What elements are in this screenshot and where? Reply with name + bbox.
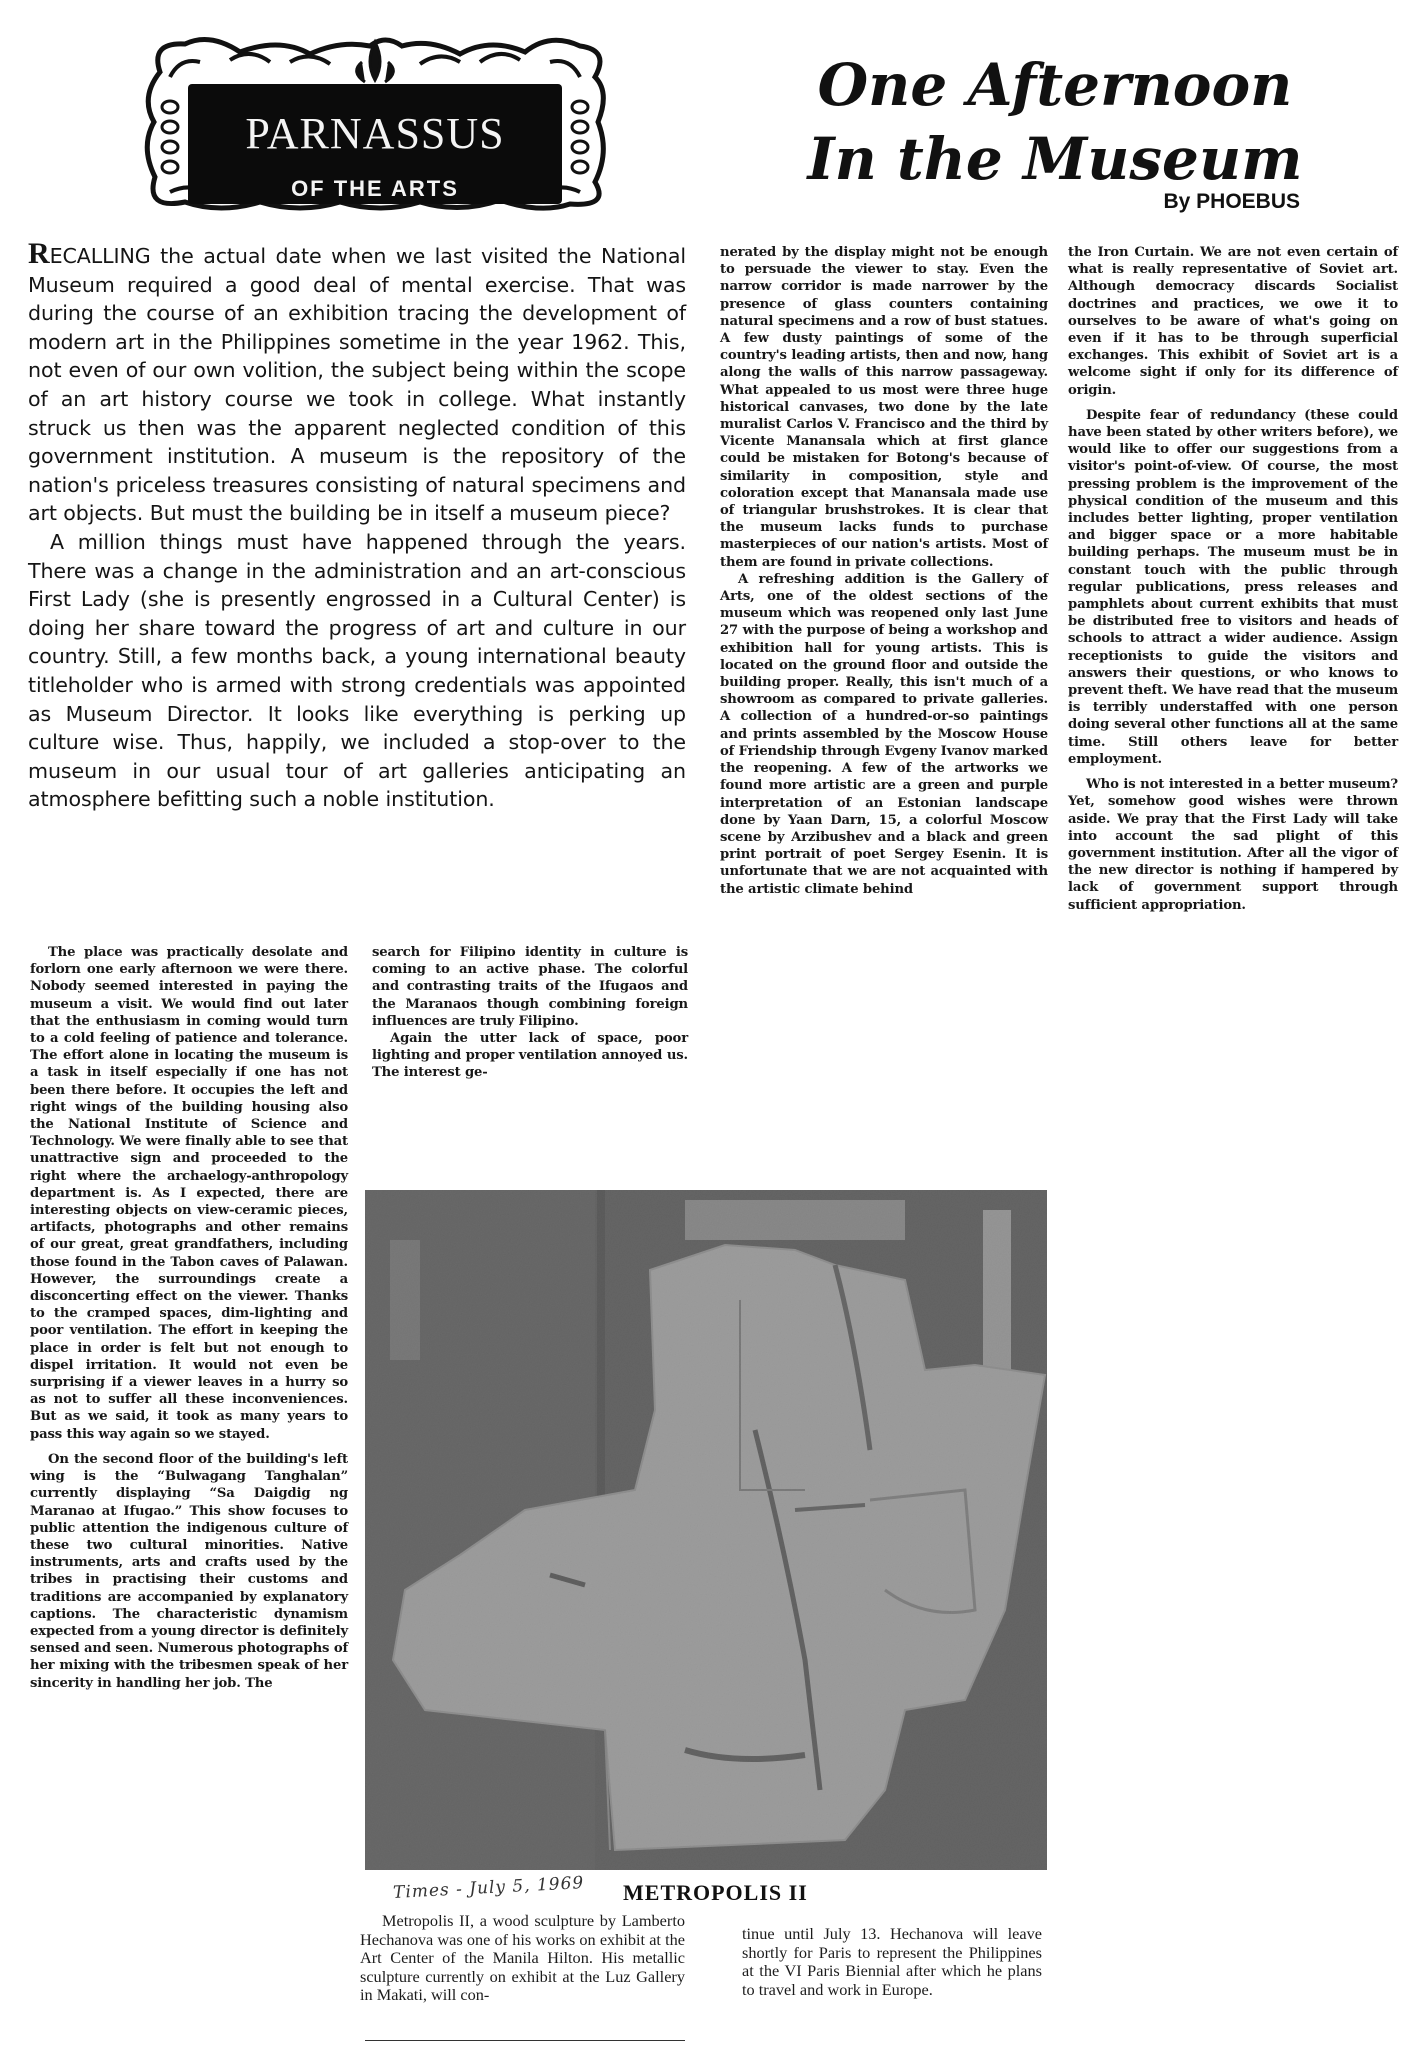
paragraph: The place was practically desolate and f… [30,944,348,1443]
lede-paragraph-2: A million things must have happened thro… [28,528,686,814]
paragraph: search for Filipino identity in culture … [372,944,688,1030]
paragraph: the Iron Curtain. We are not even certai… [1068,244,1398,399]
caption-text-right: tinue until July 13. Hechanova will leav… [742,1925,1042,1999]
sculpture-photo [365,1190,1047,1870]
masthead-subtitle: OF THE ARTS [140,178,610,200]
clipping-edge-divider [365,2040,685,2041]
paragraph: On the second floor of the building's le… [30,1451,348,1692]
masthead-title: PARNASSUS [140,112,610,156]
body-column-2: search for Filipino identity in culture … [372,944,688,1082]
byline: By PHOEBUS [1000,190,1300,214]
body-column-4: the Iron Curtain. We are not even certai… [1068,244,1398,914]
paragraph: Who is not interested in a better museum… [1068,776,1398,914]
drop-cap: R [28,237,50,270]
body-column-1: The place was practically desolate and f… [30,944,348,1692]
caption-title: METROPOLIS II [623,1880,808,1906]
paragraph: A refreshing addition is the Gallery of … [720,571,1048,898]
article-headline: One Afternoon In the Museum [790,48,1320,196]
handwritten-date-note: Times - July 5, 1969 [393,1873,585,1903]
paragraph: nerated by the display might not be enou… [720,244,1048,571]
paragraph: Despite fear of redundancy (these could … [1068,407,1398,768]
headline-line-2: In the Museum [790,122,1320,196]
caption-paragraph: tinue until July 13. Hechanova will leav… [742,1925,1042,1999]
sculpture-image-icon [365,1190,1047,1870]
lede-paragraphs: RECALLING the actual date when we last v… [28,242,686,814]
caption-paragraph: Metropolis II, a wood sculpture by Lambe… [360,1912,685,2005]
lede-paragraph-1-text: ECALLING the actual date when we last vi… [28,244,686,525]
headline-line-1: One Afternoon [790,48,1320,122]
caption-text-left: Metropolis II, a wood sculpture by Lambe… [360,1912,685,2005]
body-column-3: nerated by the display might not be enou… [720,244,1048,898]
column-masthead: PARNASSUS OF THE ARTS [140,32,610,214]
lede-paragraph-1: RECALLING the actual date when we last v… [28,242,686,528]
paragraph: Again the utter lack of space, poor ligh… [372,1030,688,1082]
